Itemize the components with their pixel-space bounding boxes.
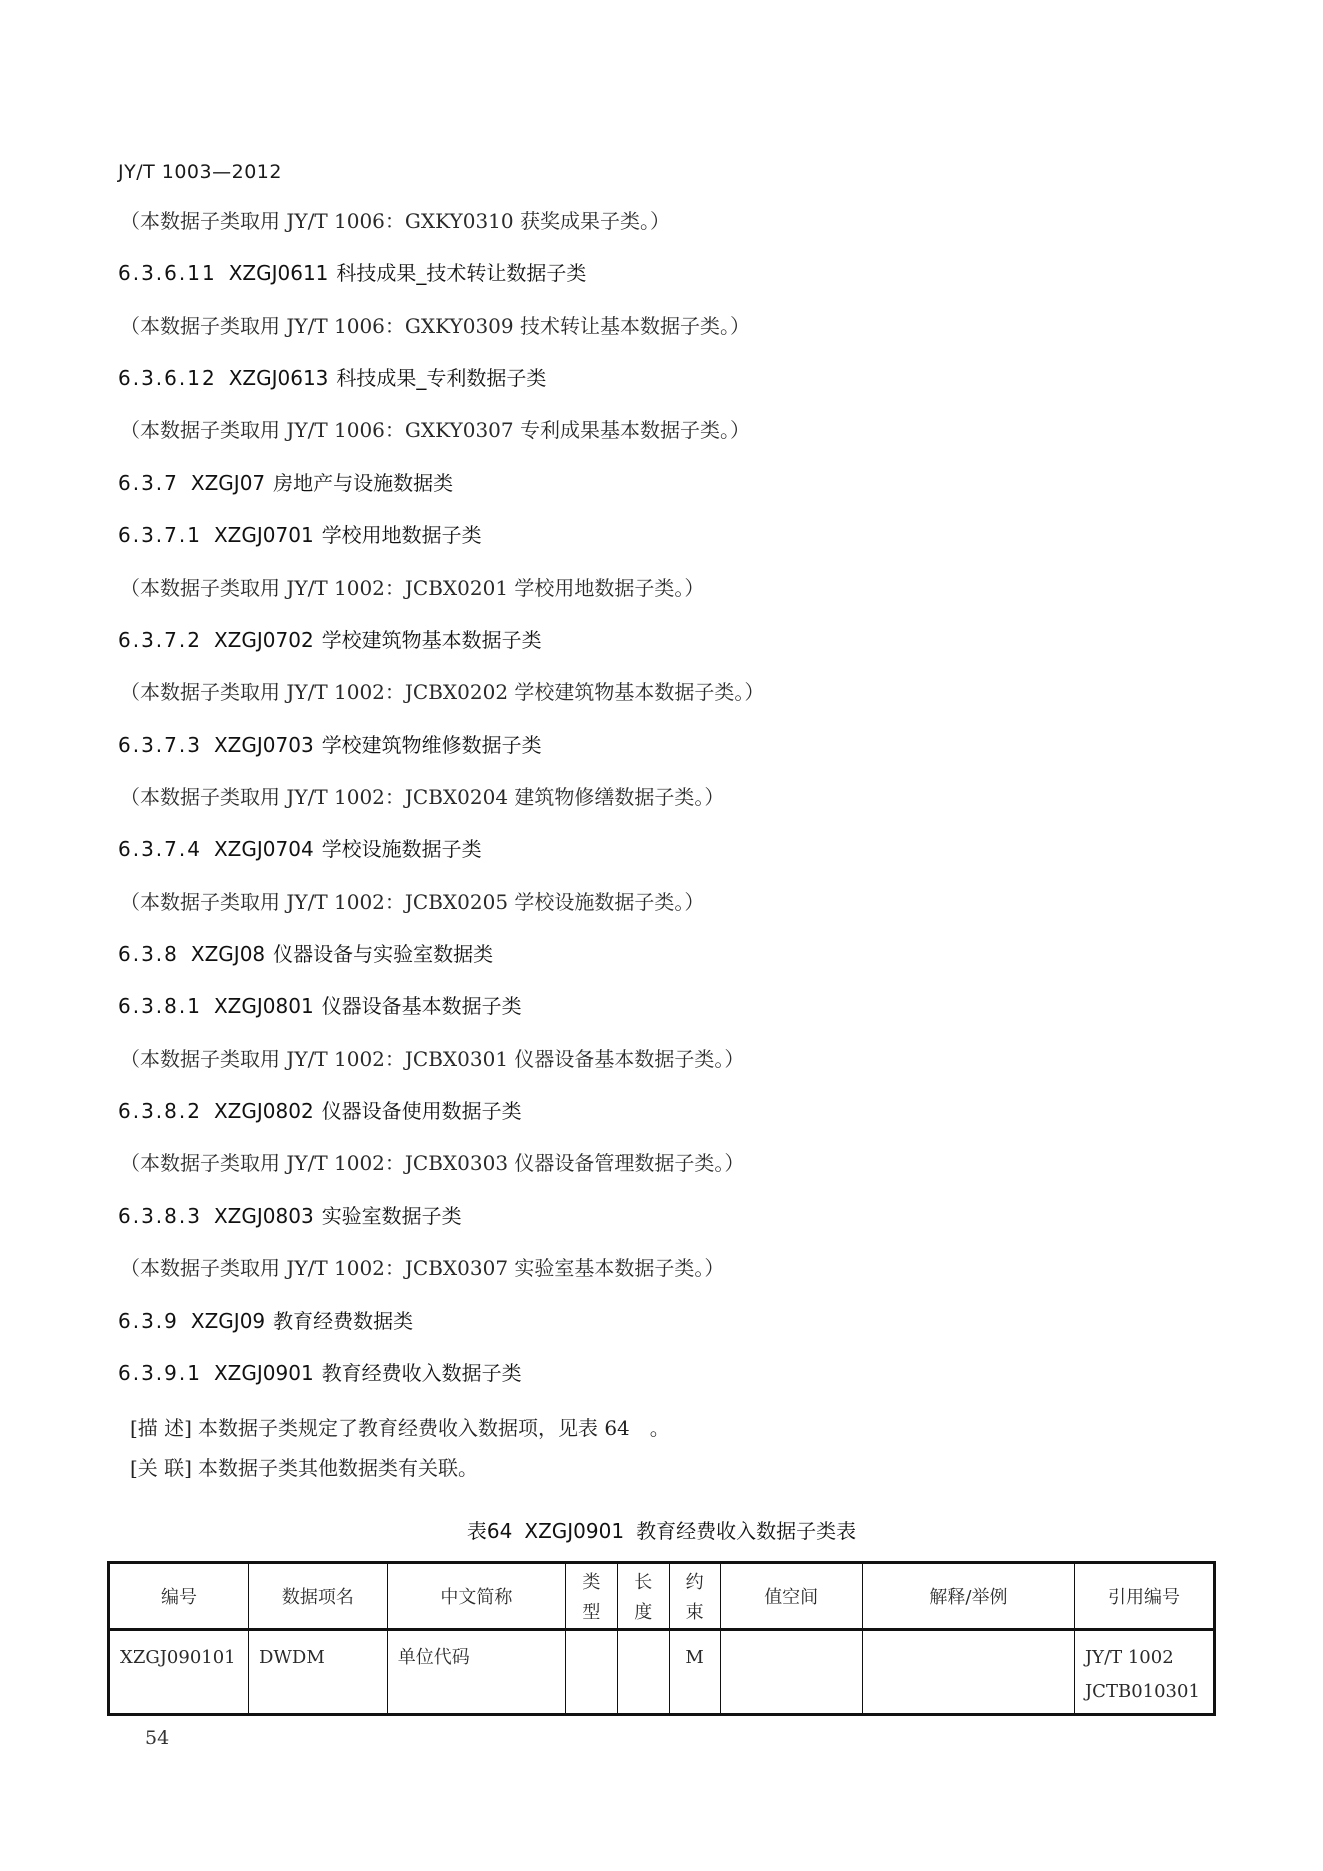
relation-label: [关 联] xyxy=(130,1456,192,1480)
section-title: 房地产与设施数据类 xyxy=(273,471,453,495)
section-code: XZGJ07 xyxy=(191,471,265,495)
header-char: 型 xyxy=(582,1602,600,1623)
col-header-length: 长度 xyxy=(617,1563,669,1630)
section-number: 6.3.8.3 xyxy=(118,1204,202,1228)
section-code: XZGJ08 xyxy=(191,942,265,966)
section-heading: 6.3.7XZGJ07房地产与设施数据类 xyxy=(118,467,453,496)
running-header: JY/T 1003—2012 xyxy=(118,161,282,183)
col-header-reference: 引用编号 xyxy=(1074,1563,1214,1630)
section-code: XZGJ0801 xyxy=(214,994,314,1018)
para-line: （本数据子类取用 JY/T 1002：JCBX0202 学校建筑物基本数据子类。… xyxy=(120,676,764,705)
data-table: 编号 数据项名 中文简称 类型 长度 约束 值空间 解释/举例 引用编号 XZG… xyxy=(107,1561,1216,1716)
header-char: 度 xyxy=(634,1602,652,1623)
para-line: （本数据子类取用 JY/T 1002：JCBX0307 实验室基本数据子类。） xyxy=(120,1252,724,1281)
section-heading: 6.3.8XZGJ08仪器设备与实验室数据类 xyxy=(118,938,493,967)
cell-constraint: M xyxy=(669,1630,720,1715)
section-title: 仪器设备与实验室数据类 xyxy=(273,942,493,966)
col-header-id: 编号 xyxy=(109,1563,249,1630)
section-heading: 6.3.8.3XZGJ0803实验室数据子类 xyxy=(118,1200,462,1229)
section-title: 仪器设备使用数据子类 xyxy=(322,1099,522,1123)
col-header-name: 数据项名 xyxy=(248,1563,387,1630)
para-line: （本数据子类取用 JY/T 1006：GXKY0309 技术转让基本数据子类。） xyxy=(120,310,750,339)
section-heading: 6.3.7.4XZGJ0704学校设施数据子类 xyxy=(118,833,482,862)
header-char: 类 xyxy=(582,1572,600,1593)
section-title: 实验室数据子类 xyxy=(322,1204,462,1228)
section-number: 6.3.9.1 xyxy=(118,1361,202,1385)
section-title: 教育经费收入数据子类 xyxy=(322,1361,522,1385)
cell-type xyxy=(566,1630,618,1715)
para-line: （本数据子类取用 JY/T 1006：GXKY0310 获奖成果子类。） xyxy=(120,205,670,234)
section-number: 6.3.7.1 xyxy=(118,523,202,547)
section-title: 仪器设备基本数据子类 xyxy=(322,994,522,1018)
reference-line: JCTB010301 xyxy=(1085,1681,1200,1702)
section-number: 6.3.8.2 xyxy=(118,1099,202,1123)
section-number: 6.3.7.4 xyxy=(118,837,202,861)
cell-value-space xyxy=(720,1630,862,1715)
para-line: （本数据子类取用 JY/T 1002：JCBX0303 仪器设备管理数据子类。） xyxy=(120,1147,744,1176)
section-code: XZGJ0613 xyxy=(229,366,329,390)
section-number: 6.3.7 xyxy=(118,471,179,495)
table-header-row: 编号 数据项名 中文简称 类型 长度 约束 值空间 解释/举例 引用编号 xyxy=(109,1563,1215,1630)
col-header-explanation: 解释/举例 xyxy=(862,1563,1074,1630)
table-row: XZGJ090101 DWDM 单位代码 M JY/T 1002JCTB0103… xyxy=(109,1630,1215,1715)
section-number: 6.3.9 xyxy=(118,1309,179,1333)
section-title: 学校建筑物维修数据子类 xyxy=(322,733,542,757)
table-code: XZGJ0901 xyxy=(524,1519,624,1543)
section-number: 6.3.6.11 xyxy=(118,261,217,285)
col-header-constraint: 约束 xyxy=(669,1563,720,1630)
section-code: XZGJ0611 xyxy=(229,261,329,285)
cell-length xyxy=(617,1630,669,1715)
section-title: 学校建筑物基本数据子类 xyxy=(322,628,542,652)
section-heading: 6.3.9.1XZGJ0901教育经费收入数据子类 xyxy=(118,1357,522,1386)
cell-id: XZGJ090101 xyxy=(109,1630,249,1715)
description-text: 本数据子类规定了教育经费收入数据项，见表 64 。 xyxy=(198,1416,670,1440)
table-title: 教育经费收入数据子类表 xyxy=(636,1519,856,1543)
section-number: 6.3.6.12 xyxy=(118,366,217,390)
section-code: XZGJ0802 xyxy=(214,1099,314,1123)
reference-line: JY/T 1002 xyxy=(1085,1647,1174,1668)
section-code: XZGJ0803 xyxy=(214,1204,314,1228)
section-heading: 6.3.8.2XZGJ0802仪器设备使用数据子类 xyxy=(118,1095,522,1124)
section-heading: 6.3.8.1XZGJ0801仪器设备基本数据子类 xyxy=(118,990,522,1019)
para-line: （本数据子类取用 JY/T 1002：JCBX0205 学校设施数据子类。） xyxy=(120,886,704,915)
header-char: 约 xyxy=(686,1572,704,1593)
section-code: XZGJ0901 xyxy=(214,1361,314,1385)
section-heading: 6.3.6.11XZGJ0611科技成果_技术转让数据子类 xyxy=(118,257,586,286)
section-heading: 6.3.7.2XZGJ0702学校建筑物基本数据子类 xyxy=(118,624,542,653)
section-code: XZGJ0702 xyxy=(214,628,314,652)
section-code: XZGJ0701 xyxy=(214,523,314,547)
para-line: （本数据子类取用 JY/T 1006：GXKY0307 专利成果基本数据子类。） xyxy=(120,414,750,443)
section-heading: 6.3.7.3XZGJ0703学校建筑物维修数据子类 xyxy=(118,729,542,758)
section-heading: 6.3.6.12XZGJ0613科技成果_专利数据子类 xyxy=(118,362,546,391)
col-header-value-space: 值空间 xyxy=(720,1563,862,1630)
section-number: 6.3.7.2 xyxy=(118,628,202,652)
para-line: （本数据子类取用 JY/T 1002：JCBX0204 建筑物修缮数据子类。） xyxy=(120,781,724,810)
section-title: 科技成果_技术转让数据子类 xyxy=(336,261,586,285)
relation-line: [关 联]本数据子类其他数据类有关联。 xyxy=(130,1452,478,1481)
header-char: 长 xyxy=(634,1572,652,1593)
section-number: 6.3.7.3 xyxy=(118,733,202,757)
section-heading: 6.3.9XZGJ09教育经费数据类 xyxy=(118,1305,413,1334)
col-header-cn-name: 中文简称 xyxy=(387,1563,565,1630)
section-title: 学校用地数据子类 xyxy=(322,523,482,547)
relation-text: 本数据子类其他数据类有关联。 xyxy=(198,1456,478,1480)
description-line: [描 述]本数据子类规定了教育经费收入数据项，见表 64 。 xyxy=(130,1412,670,1441)
section-heading: 6.3.7.1XZGJ0701学校用地数据子类 xyxy=(118,519,482,548)
description-label: [描 述] xyxy=(130,1416,192,1440)
para-line: （本数据子类取用 JY/T 1002：JCBX0201 学校用地数据子类。） xyxy=(120,572,704,601)
section-number: 6.3.8 xyxy=(118,942,179,966)
section-code: XZGJ0704 xyxy=(214,837,314,861)
page-number: 54 xyxy=(145,1727,169,1749)
col-header-type: 类型 xyxy=(566,1563,618,1630)
header-char: 束 xyxy=(686,1602,704,1623)
table-caption: 表64XZGJ0901教育经费收入数据子类表 xyxy=(0,1515,1323,1544)
section-code: XZGJ0703 xyxy=(214,733,314,757)
para-line: （本数据子类取用 JY/T 1002：JCBX0301 仪器设备基本数据子类。） xyxy=(120,1043,744,1072)
cell-reference: JY/T 1002JCTB010301 xyxy=(1074,1630,1214,1715)
section-title: 学校设施数据子类 xyxy=(322,837,482,861)
cell-explanation xyxy=(862,1630,1074,1715)
section-title: 教育经费数据类 xyxy=(273,1309,413,1333)
cell-cn-name: 单位代码 xyxy=(387,1630,565,1715)
table-number: 表64 xyxy=(467,1519,512,1543)
section-title: 科技成果_专利数据子类 xyxy=(336,366,546,390)
section-code: XZGJ09 xyxy=(191,1309,265,1333)
section-number: 6.3.8.1 xyxy=(118,994,202,1018)
cell-name: DWDM xyxy=(248,1630,387,1715)
